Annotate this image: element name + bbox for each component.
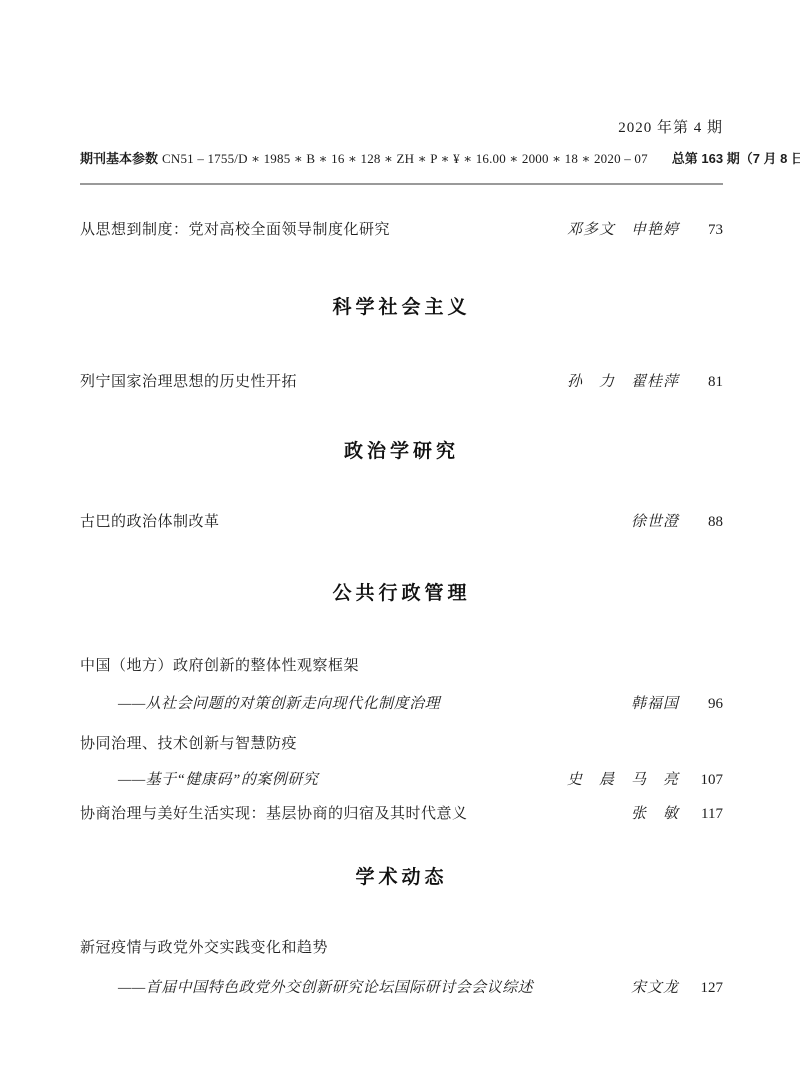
page-content: 2020 年第 4 期 期刊基本参数CN51 – 1755/D ∗ 1985 ∗… (0, 0, 800, 999)
toc-entry-subtitle-line: ——基于“健康码”的案例研究 史 晨 马 亮 107 (80, 769, 723, 791)
article-title: 从思想到制度：党对高校全面领导制度化研究 (80, 219, 551, 241)
article-authors: 张 敏 (631, 803, 679, 825)
article-page-number: 81 (697, 371, 723, 393)
section-heading: 政治学研究 (80, 439, 723, 465)
section-heading: 学术动态 (80, 865, 723, 891)
issue-label: 2020 年第 4 期 (80, 118, 723, 138)
article-title: 协商治理与美好生活实现：基层协商的归宿及其时代意义 (80, 803, 615, 825)
article-authors: 史 晨 马 亮 (567, 769, 679, 791)
article-page-number: 107 (697, 769, 723, 791)
journal-params-label: 期刊基本参数 (80, 151, 158, 166)
toc-entry-title-line: 新冠疫情与政党外交实践变化和趋势 (80, 937, 723, 959)
article-page-number: 117 (697, 803, 723, 825)
toc-entry-title-line: 中国（地方）政府创新的整体性观察框架 (80, 655, 723, 677)
journal-params: 期刊基本参数CN51 – 1755/D ∗ 1985 ∗ B ∗ 16 ∗ 12… (80, 150, 648, 168)
article-page-number: 73 (697, 219, 723, 241)
article-subtitle: ——基于“健康码”的案例研究 (80, 769, 551, 791)
article-authors: 邓多文 申艳婷 (567, 219, 679, 241)
toc-entry: 从思想到制度：党对高校全面领导制度化研究 邓多文 申艳婷 73 (80, 219, 723, 241)
article-page-number: 127 (697, 977, 723, 999)
toc-entry-subtitle-line: ——首届中国特色政党外交创新研究论坛国际研讨会会议综述 宋文龙 127 (80, 977, 723, 999)
article-page-number: 88 (697, 511, 723, 533)
issue-total-label: 总第 163 期（7 月 8 日出版） (672, 150, 800, 168)
toc-entry: 古巴的政治体制改革 徐世澄 88 (80, 511, 723, 533)
toc-entry: 协商治理与美好生活实现：基层协商的归宿及其时代意义 张 敏 117 (80, 803, 723, 825)
toc-entry: 列宁国家治理思想的历史性开拓 孙 力 翟桂萍 81 (80, 371, 723, 393)
article-title: 古巴的政治体制改革 (80, 511, 615, 533)
article-authors: 孙 力 翟桂萍 (567, 371, 679, 393)
journal-params-value: CN51 – 1755/D ∗ 1985 ∗ B ∗ 16 ∗ 128 ∗ ZH… (162, 151, 648, 166)
section-heading: 公共行政管理 (80, 581, 723, 607)
article-subtitle: ——首届中国特色政党外交创新研究论坛国际研讨会会议综述 (80, 977, 615, 999)
article-authors: 宋文龙 (631, 977, 679, 999)
article-title: 列宁国家治理思想的历史性开拓 (80, 371, 551, 393)
article-title: 中国（地方）政府创新的整体性观察框架 (80, 655, 723, 677)
header-divider (80, 183, 723, 185)
toc-entry-title-line: 协同治理、技术创新与智慧防疫 (80, 733, 723, 755)
article-subtitle: ——从社会问题的对策创新走向现代化制度治理 (80, 693, 615, 715)
article-authors: 韩福国 (631, 693, 679, 715)
article-page-number: 96 (697, 693, 723, 715)
article-title: 新冠疫情与政党外交实践变化和趋势 (80, 937, 723, 959)
toc-entry-subtitle-line: ——从社会问题的对策创新走向现代化制度治理 韩福国 96 (80, 693, 723, 715)
section-heading: 科学社会主义 (80, 295, 723, 321)
article-authors: 徐世澄 (631, 511, 679, 533)
journal-toc-page: 2020 年第 4 期 期刊基本参数CN51 – 1755/D ∗ 1985 ∗… (0, 0, 800, 1085)
journal-params-line: 期刊基本参数CN51 – 1755/D ∗ 1985 ∗ B ∗ 16 ∗ 12… (80, 150, 723, 168)
article-title: 协同治理、技术创新与智慧防疫 (80, 733, 723, 755)
